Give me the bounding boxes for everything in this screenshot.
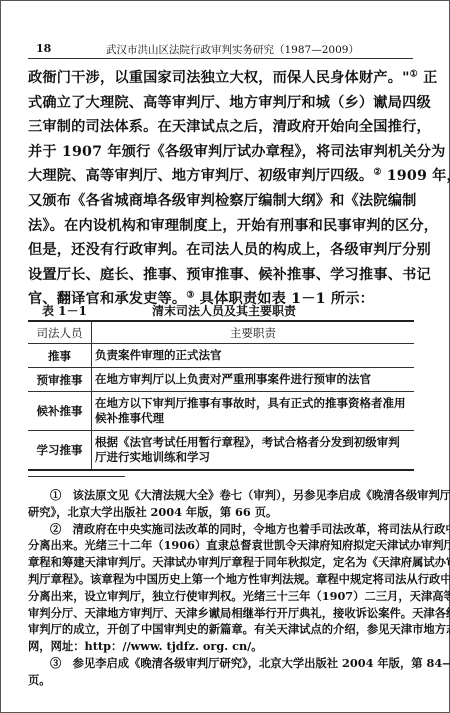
- cell-duty: 在地方以下审判厅推事有事故时，具有正式的推事资格者准用候补推事代理: [92, 392, 415, 431]
- footnote-2-line: 章程和筹建天津审判厅。天津试办审判厅章程于同年秋拟定，定名为《天津府属试办审: [28, 554, 413, 571]
- table-caption: 表 1－1 清末司法人员及其主要职责: [40, 300, 413, 320]
- table-row: 学习推事 根据《法官考试任用暂行章程》，考试合格者分发到初级审判厅进行实地训练和…: [28, 431, 414, 471]
- body-line: 又颁布《各省城商埠各级审判检察厅编制大纲》和《法院编制: [28, 189, 413, 214]
- body-line: 政衙门干涉，以重国家司法独立大权，而保人民身体财产。"① 正: [28, 66, 413, 91]
- body-line: 法》。在内设机构和审理制度上，开始有刑事和民事审判的区分，: [28, 214, 413, 239]
- footnote-2-line: 审判厅的成立，开创了中国审判史的新篇章。有关天津试点的介绍，参见天津市地方志: [28, 621, 413, 638]
- footnote-ref-2[interactable]: ②: [373, 168, 381, 178]
- footnote-ref-1[interactable]: ①: [410, 69, 418, 79]
- body-line: 但是，还没有行政审判。在司法人员的构成上，各级审判厅分别: [28, 238, 413, 263]
- body-line: 式确立了大理院、高等审判厅、地方审判厅和城（乡）谳局四级: [28, 91, 413, 116]
- body-line: 设置厅长、庭长、推事、预审推事、候补推事、学习推事、书记: [28, 263, 413, 288]
- cell-role: 候补推事: [28, 392, 92, 431]
- duties-table: 司法人员 主要职责 推事 负责案件审理的正式法官 预审推事 在地方审判厅以上负责…: [28, 320, 414, 471]
- table-title: 清末司法人员及其主要职责: [152, 302, 296, 319]
- footnote-2-url-line[interactable]: 网，网址：http：//www. tjdfz. org. cn/。: [28, 638, 413, 655]
- cell-duty: 根据《法官考试任用暂行章程》，考试合格者分发到初级审判厅进行实地训练和学习: [92, 431, 415, 471]
- footnote-1-line: 研究》，北京大学出版社 2004 年版，第 66 页。: [28, 504, 413, 521]
- footnote-2-line: ② 清政府在中央实施司法改革的同时，令地方也着手司法改革，将司法从行政中: [28, 521, 413, 538]
- body-line: 并于 1907 年颁行《各级审判厅试办章程》，将司法审判机关分为: [28, 140, 413, 165]
- page-number: 18: [36, 42, 51, 55]
- footnote-1-line: ① 该法原文见《大清法规大全》卷七（审判），另参见李启成《晚清各级审判厅: [28, 487, 413, 504]
- footnote-2-line: 审判分厅、天津地方审判厅、天津乡谳局相继举行开厅典礼，接收诉讼案件。天津各级: [28, 605, 413, 622]
- column-header-duty: 主要职责: [92, 321, 415, 344]
- body-line: 大理院、高等审判厅、地方审判厅、初级审判厅四级。② 1909 年，: [28, 164, 413, 189]
- footnotes: ① 该法原文见《大清法规大全》卷七（审判），另参见李启成《晚清各级审判厅 研究》…: [28, 487, 413, 689]
- cell-role: 预审推事: [28, 368, 92, 392]
- cell-duty: 负责案件审理的正式法官: [92, 344, 415, 368]
- column-header-role: 司法人员: [28, 321, 92, 344]
- body-paragraph: 政衙门干涉，以重国家司法独立大权，而保人民身体财产。"① 正 式确立了大理院、高…: [28, 66, 413, 312]
- footnote-3-line: ③ 参见李启成《晚清各级审判厅研究》，北京大学出版社 2004 年版，第 84—…: [28, 655, 413, 672]
- table-row: 预审推事 在地方审判厅以上负责对严重刑事案件进行预审的法官: [28, 368, 414, 392]
- footnote-separator: [28, 476, 125, 477]
- page-header: 18 武汉市洪山区法院行政审判实务研究（1987—2009）: [28, 38, 413, 58]
- footnote-2-line: 分离出来，设立审判厅，独立行使审判权。光绪三十三年（1907）二三月，天津高等: [28, 588, 413, 605]
- cell-role: 推事: [28, 344, 92, 368]
- running-title: 武汉市洪山区法院行政审判实务研究（1987—2009）: [106, 42, 359, 57]
- cell-role: 学习推事: [28, 431, 92, 471]
- cell-duty: 在地方审判厅以上负责对严重刑事案件进行预审的法官: [92, 368, 415, 392]
- table-row: 候补推事 在地方以下审判厅推事有事故时，具有正式的推事资格者准用候补推事代理: [28, 392, 414, 431]
- footnote-2-line: 判厅章程》。该章程为中国历史上第一个地方性审判法规。章程中规定将司法从行政中: [28, 571, 413, 588]
- header-rule: [28, 58, 413, 59]
- table-header-row: 司法人员 主要职责: [28, 321, 414, 344]
- footnote-2-line: 分离出来。光绪三十二年（1906）直隶总督袁世凯令天津府知府拟定天津试办审判厅: [28, 537, 413, 554]
- footnote-3-line: 页。: [28, 672, 413, 689]
- table-number: 表 1－1: [42, 302, 87, 319]
- table-row: 推事 负责案件审理的正式法官: [28, 344, 414, 368]
- body-line: 三审制的司法体系。在天津试点之后，清政府开始向全国推行，: [28, 115, 413, 140]
